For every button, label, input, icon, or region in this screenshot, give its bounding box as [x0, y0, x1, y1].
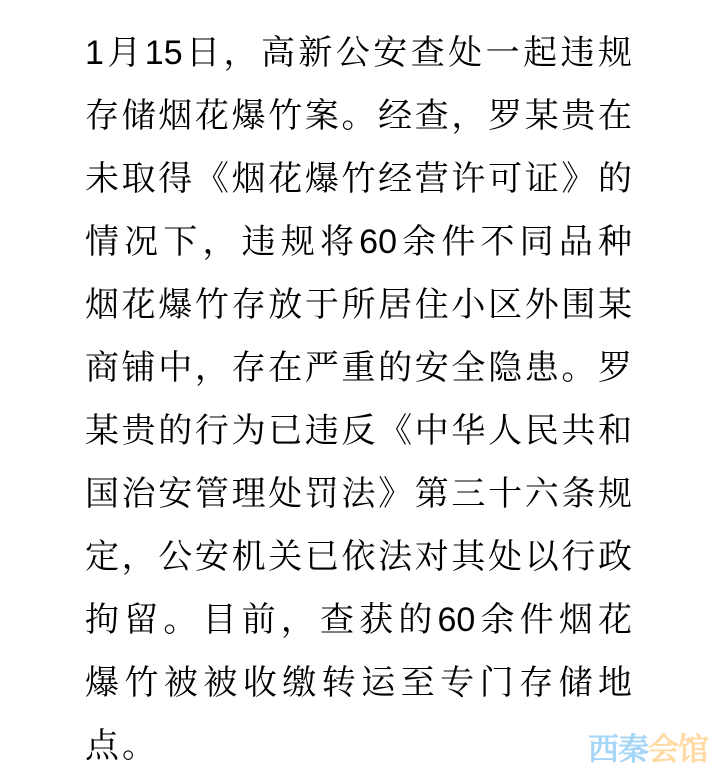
watermark-text-huiguan: 会馆	[648, 732, 708, 767]
watermark-text-xiqin: 西秦	[588, 732, 648, 767]
text-line-4: 情况下，违规将60余件不同品种	[85, 211, 632, 274]
text-line-5: 烟花爆竹存放于所居住小区外围某	[85, 274, 632, 337]
text-line-1: 1月15日，高新公安查处一起违规	[85, 22, 632, 85]
text-line-12: 点。	[85, 715, 632, 775]
text-line-11: 爆竹被被收缴转运至专门存储地	[85, 652, 632, 715]
text-line-8: 国治安管理处罚法》第三十六条规	[85, 463, 632, 526]
article-body: 1月15日，高新公安查处一起违规 存储烟花爆竹案。经查，罗某贵在 未取得《烟花爆…	[0, 0, 720, 775]
text-line-6: 商铺中，存在严重的安全隐患。罗	[85, 337, 632, 400]
text-line-3: 未取得《烟花爆竹经营许可证》的	[85, 148, 632, 211]
text-line-2: 存储烟花爆竹案。经查，罗某贵在	[85, 85, 632, 148]
article-page: 1月15日，高新公安查处一起违规 存储烟花爆竹案。经查，罗某贵在 未取得《烟花爆…	[0, 0, 720, 775]
text-line-7: 某贵的行为已违反《中华人民共和	[85, 400, 632, 463]
watermark: 西秦会馆	[588, 734, 708, 767]
text-line-9: 定，公安机关已依法对其处以行政	[85, 526, 632, 589]
text-line-10: 拘留。目前，查获的60余件烟花	[85, 589, 632, 652]
